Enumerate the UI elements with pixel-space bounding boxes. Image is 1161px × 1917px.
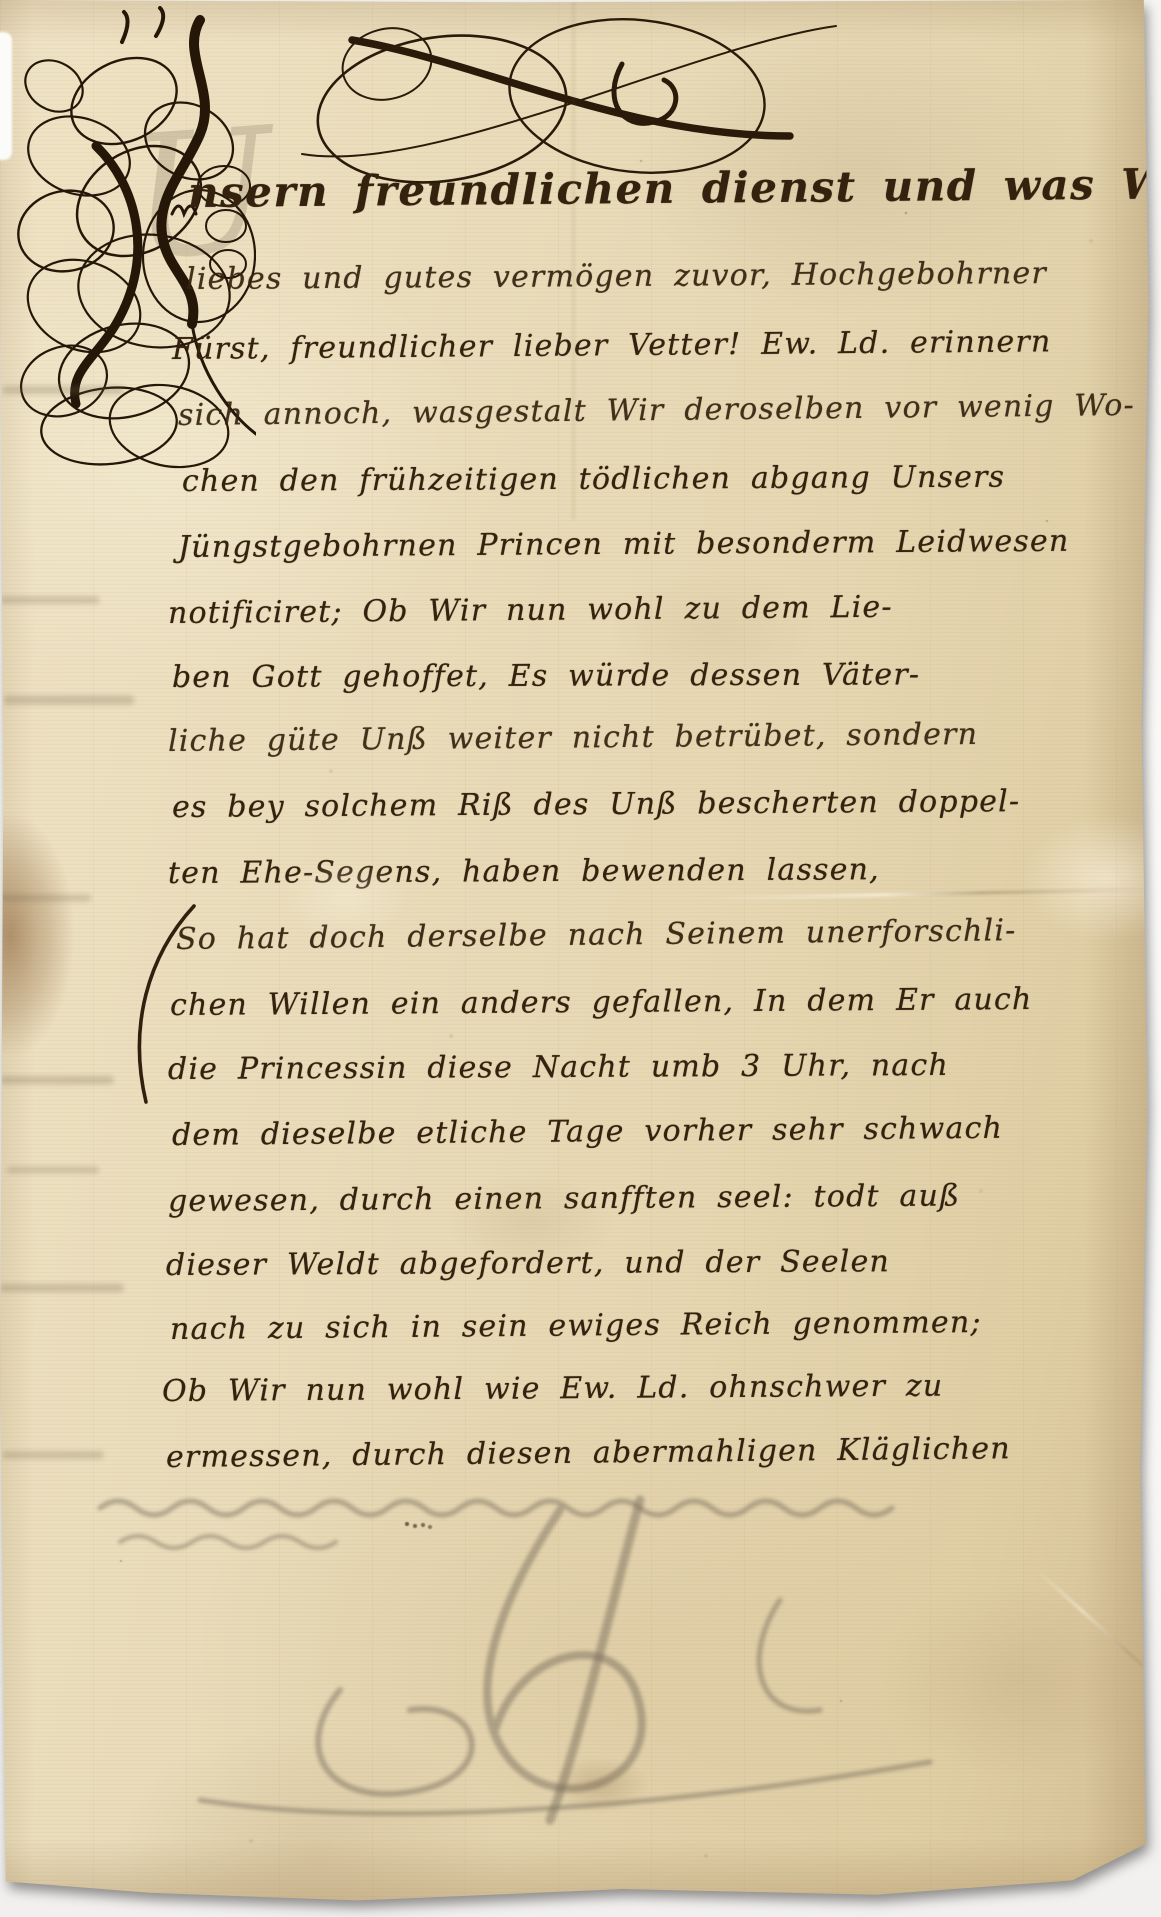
verso-bleedthrough-ghost-writing — [80, 1480, 1080, 1880]
letter-line: sich annoch, wasgestalt Wir deroselben v… — [178, 388, 1135, 433]
letter-line: ermessen, durch diesen abermahligen Kläg… — [166, 1431, 1011, 1475]
letter-line: dem dieselbe etliche Tage vorher sehr sc… — [172, 1111, 1003, 1153]
paper-shadow-wrap: U — [0, 0, 1161, 1917]
letter-line: ben Gott gehoffet, Es würde dessen Väter… — [172, 657, 920, 695]
scan-background: U — [0, 0, 1161, 1917]
letter-line: liebes und gutes vermögen zuvor, Hochgeb… — [186, 256, 1047, 297]
letter-line: ten Ehe-Segens, haben bewenden lassen, — [168, 852, 880, 891]
letter-line: Ob Wir nun wohl wie Ew. Ld. ohnschwer zu — [162, 1369, 944, 1409]
letter-line: Jüngstgebohrnen Princen mit besonderm Le… — [178, 524, 1070, 565]
letter-opening-line: nsern freundlichen dienst und was Wir me… — [188, 158, 1161, 217]
manuscript-page: U — [0, 0, 1153, 1909]
vertical-fold-line — [572, 0, 575, 520]
letter-line: So hat doch derselbe nach Seinem unerfor… — [176, 913, 1017, 957]
letter-line: notificiret; Ob Wir nun wohl zu dem Lie- — [168, 590, 893, 631]
letter-line: nach zu sich in sein ewiges Reich genomm… — [170, 1305, 982, 1347]
letter-line: chen den frühzeitigen tödlichen abgang U… — [182, 460, 1005, 499]
letter-line: chen Willen ein anders gefallen, In dem … — [170, 982, 1033, 1023]
letter-line: gewesen, durch einen sanfften seel: todt… — [168, 1178, 961, 1219]
torn-corner-notch — [0, 32, 12, 160]
paper-specks — [0, 0, 2, 2]
letter-line: Fürst, freundlicher lieber Vetter! Ew. L… — [172, 324, 1052, 367]
letter-line: liche güte Unß weiter nicht betrübet, so… — [168, 717, 978, 759]
horizontal-crease — [700, 887, 1155, 901]
letter-line: es bey solchem Riß des Unß bescherten do… — [172, 784, 1020, 825]
left-margin-bleedthrough-marks — [0, 370, 160, 1520]
letter-line: dieser Weldt abgefordert, und der Seelen — [166, 1244, 890, 1283]
bleedthrough-ink-dots — [405, 1522, 409, 1526]
letter-line: die Princessin diese Nacht umb 3 Uhr, na… — [168, 1048, 949, 1087]
